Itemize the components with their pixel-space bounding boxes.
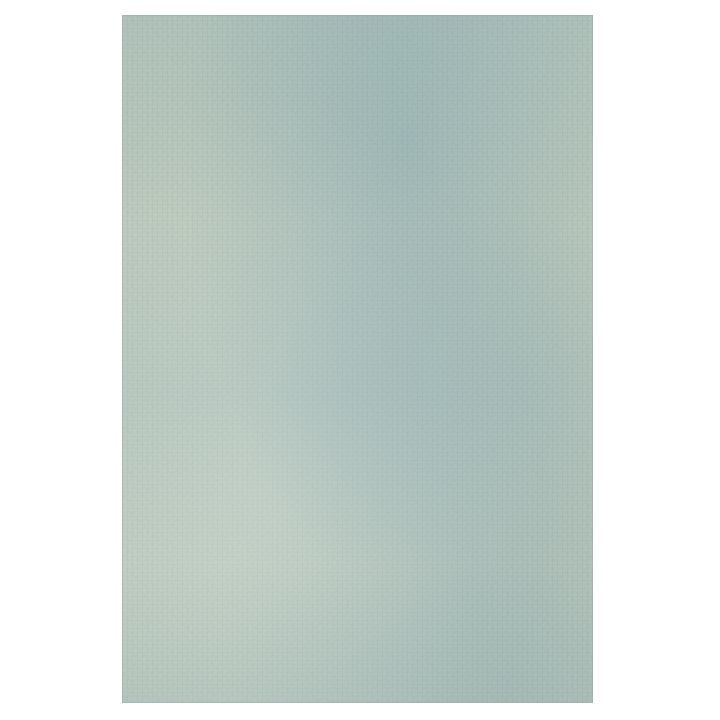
rug-image (122, 15, 593, 703)
